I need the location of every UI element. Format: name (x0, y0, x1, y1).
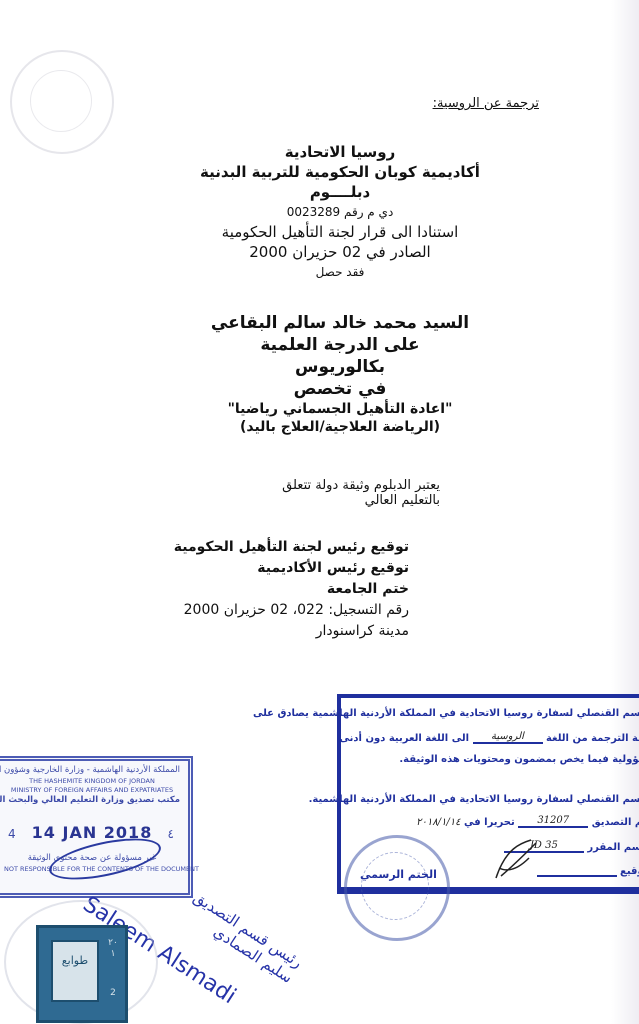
cert-number-label: رقم التصديق (592, 817, 639, 828)
university-seal-label: ختم الجامعة (109, 579, 409, 600)
handwritten-language: الروسية (491, 731, 524, 742)
embassy-line-4: القسم القنصلي لسفارة روسيا الاتحادية في … (309, 794, 639, 805)
city-name: مدينة كراسنودار (109, 621, 409, 642)
embassy-line-1: القسم القنصلي لسفارة روسيا الاتحادية في … (253, 708, 639, 719)
jordan-line-en-2: MINISTRY OF FOREIGN AFFAIRS AND EXPATRIA… (4, 786, 180, 794)
embassy-line-2-post: الى اللغة العربية دون أدنى (340, 733, 469, 744)
consul-signature-icon (491, 838, 541, 883)
cert-date-value: ٢٠١٨/١/١٤ (416, 817, 460, 828)
russian-embassy-seal (344, 835, 450, 941)
embassy-line-2-pre: صحة الترجمة من اللغة (546, 733, 639, 744)
embassy-cert-row: رقم التصديق 31207 تحريرا في ٢٠١٨/١/١٤ (416, 815, 639, 828)
country-name: روسيا الاتحادية (150, 142, 530, 162)
revenue-stamp-text: طوابع (53, 954, 97, 968)
academy-name: أكاديمية كوبان الحكومية للتربية البدنية (150, 162, 530, 182)
registration-number: رقم التسجيل: 022، 02 حزيران 2000 (109, 600, 409, 621)
holder-block: السيد محمد خالد سالم البقاعي على الدرجة … (150, 312, 530, 436)
official-seal-label: الختم الرسمي (360, 868, 437, 881)
issue-date: الصادر في 02 حزيران 2000 (150, 242, 530, 262)
diploma-serial: دي م رقم 0023289 (150, 202, 530, 222)
signatures-block: توقيع رئيس لجنة التأهيل الحكومية توقيع ر… (109, 537, 409, 642)
signature-line (537, 875, 617, 877)
jordan-line-en-1: THE HASHEMITE KINGDOM OF JORDAN (4, 777, 180, 785)
embassy-line-2: صحة الترجمة من اللغة الروسية الى اللغة ا… (340, 731, 639, 744)
jordan-line-ar-2: مكتب تصديق وزارة التعليم العالي والبحث ا… (4, 795, 180, 805)
specialty-name: "اعادة التأهيل الجسماني رياضيا" (150, 400, 530, 418)
specialty-detail: (الرياضة العلاجية/العلاج باليد) (150, 418, 530, 436)
jordan-line-ar-1: المملكة الأردنية الهاشمية - وزارة الخارج… (4, 765, 180, 775)
rector-signature: توقيع رئيس الأكاديمية (109, 558, 409, 579)
degree-label: على الدرجة العلمية (150, 334, 530, 356)
diploma-title-block: روسيا الاتحادية أكاديمية كوبان الحكومية … (150, 142, 530, 282)
decision-basis: استنادا الى قرار لجنة التأهيل الحكومية (150, 222, 530, 242)
embassy-signature-row: التوقيع (537, 866, 639, 877)
signature-label: التوقيع (620, 866, 639, 877)
revenue-stamp-side-text: ٢٠ ١ (107, 938, 119, 960)
revenue-stamp: طوابع ٢٠ ١ 2 (36, 925, 128, 1023)
specialty-label: في تخصص (150, 378, 530, 400)
faint-embossed-seal (10, 50, 114, 154)
obtained-label: فقد حصل (150, 262, 530, 282)
revenue-stamp-emblem: طوابع (51, 940, 99, 1002)
degree-name: بكالوريوس (150, 356, 530, 378)
holder-name: السيد محمد خالد سالم البقاعي (150, 312, 530, 334)
jordan-stamp-date: 14 JAN 2018 (4, 823, 180, 842)
cert-number-value: 31207 (537, 815, 569, 826)
embassy-line-3: مسؤولية فيما يخص بمضمون ومحتويات هذه الو… (399, 754, 639, 765)
committee-chair-signature: توقيع رئيس لجنة التأهيل الحكومية (109, 537, 409, 558)
jordan-right-number: ٤ (168, 827, 174, 841)
state-document-note: يعتبر الدبلوم وثيقة دولة تتعلق بالتعليم … (240, 478, 440, 508)
fee-label: الرسم المقرر (587, 842, 639, 853)
revenue-stamp-value: 2 (107, 988, 119, 999)
revenue-stamp-side: ٢٠ ١ 2 (107, 938, 119, 999)
translation-note: ترجمة عن الروسية: (433, 96, 539, 111)
cert-date-label: تحريرا في (464, 817, 515, 828)
document-type: دبلــــوم (150, 182, 530, 202)
